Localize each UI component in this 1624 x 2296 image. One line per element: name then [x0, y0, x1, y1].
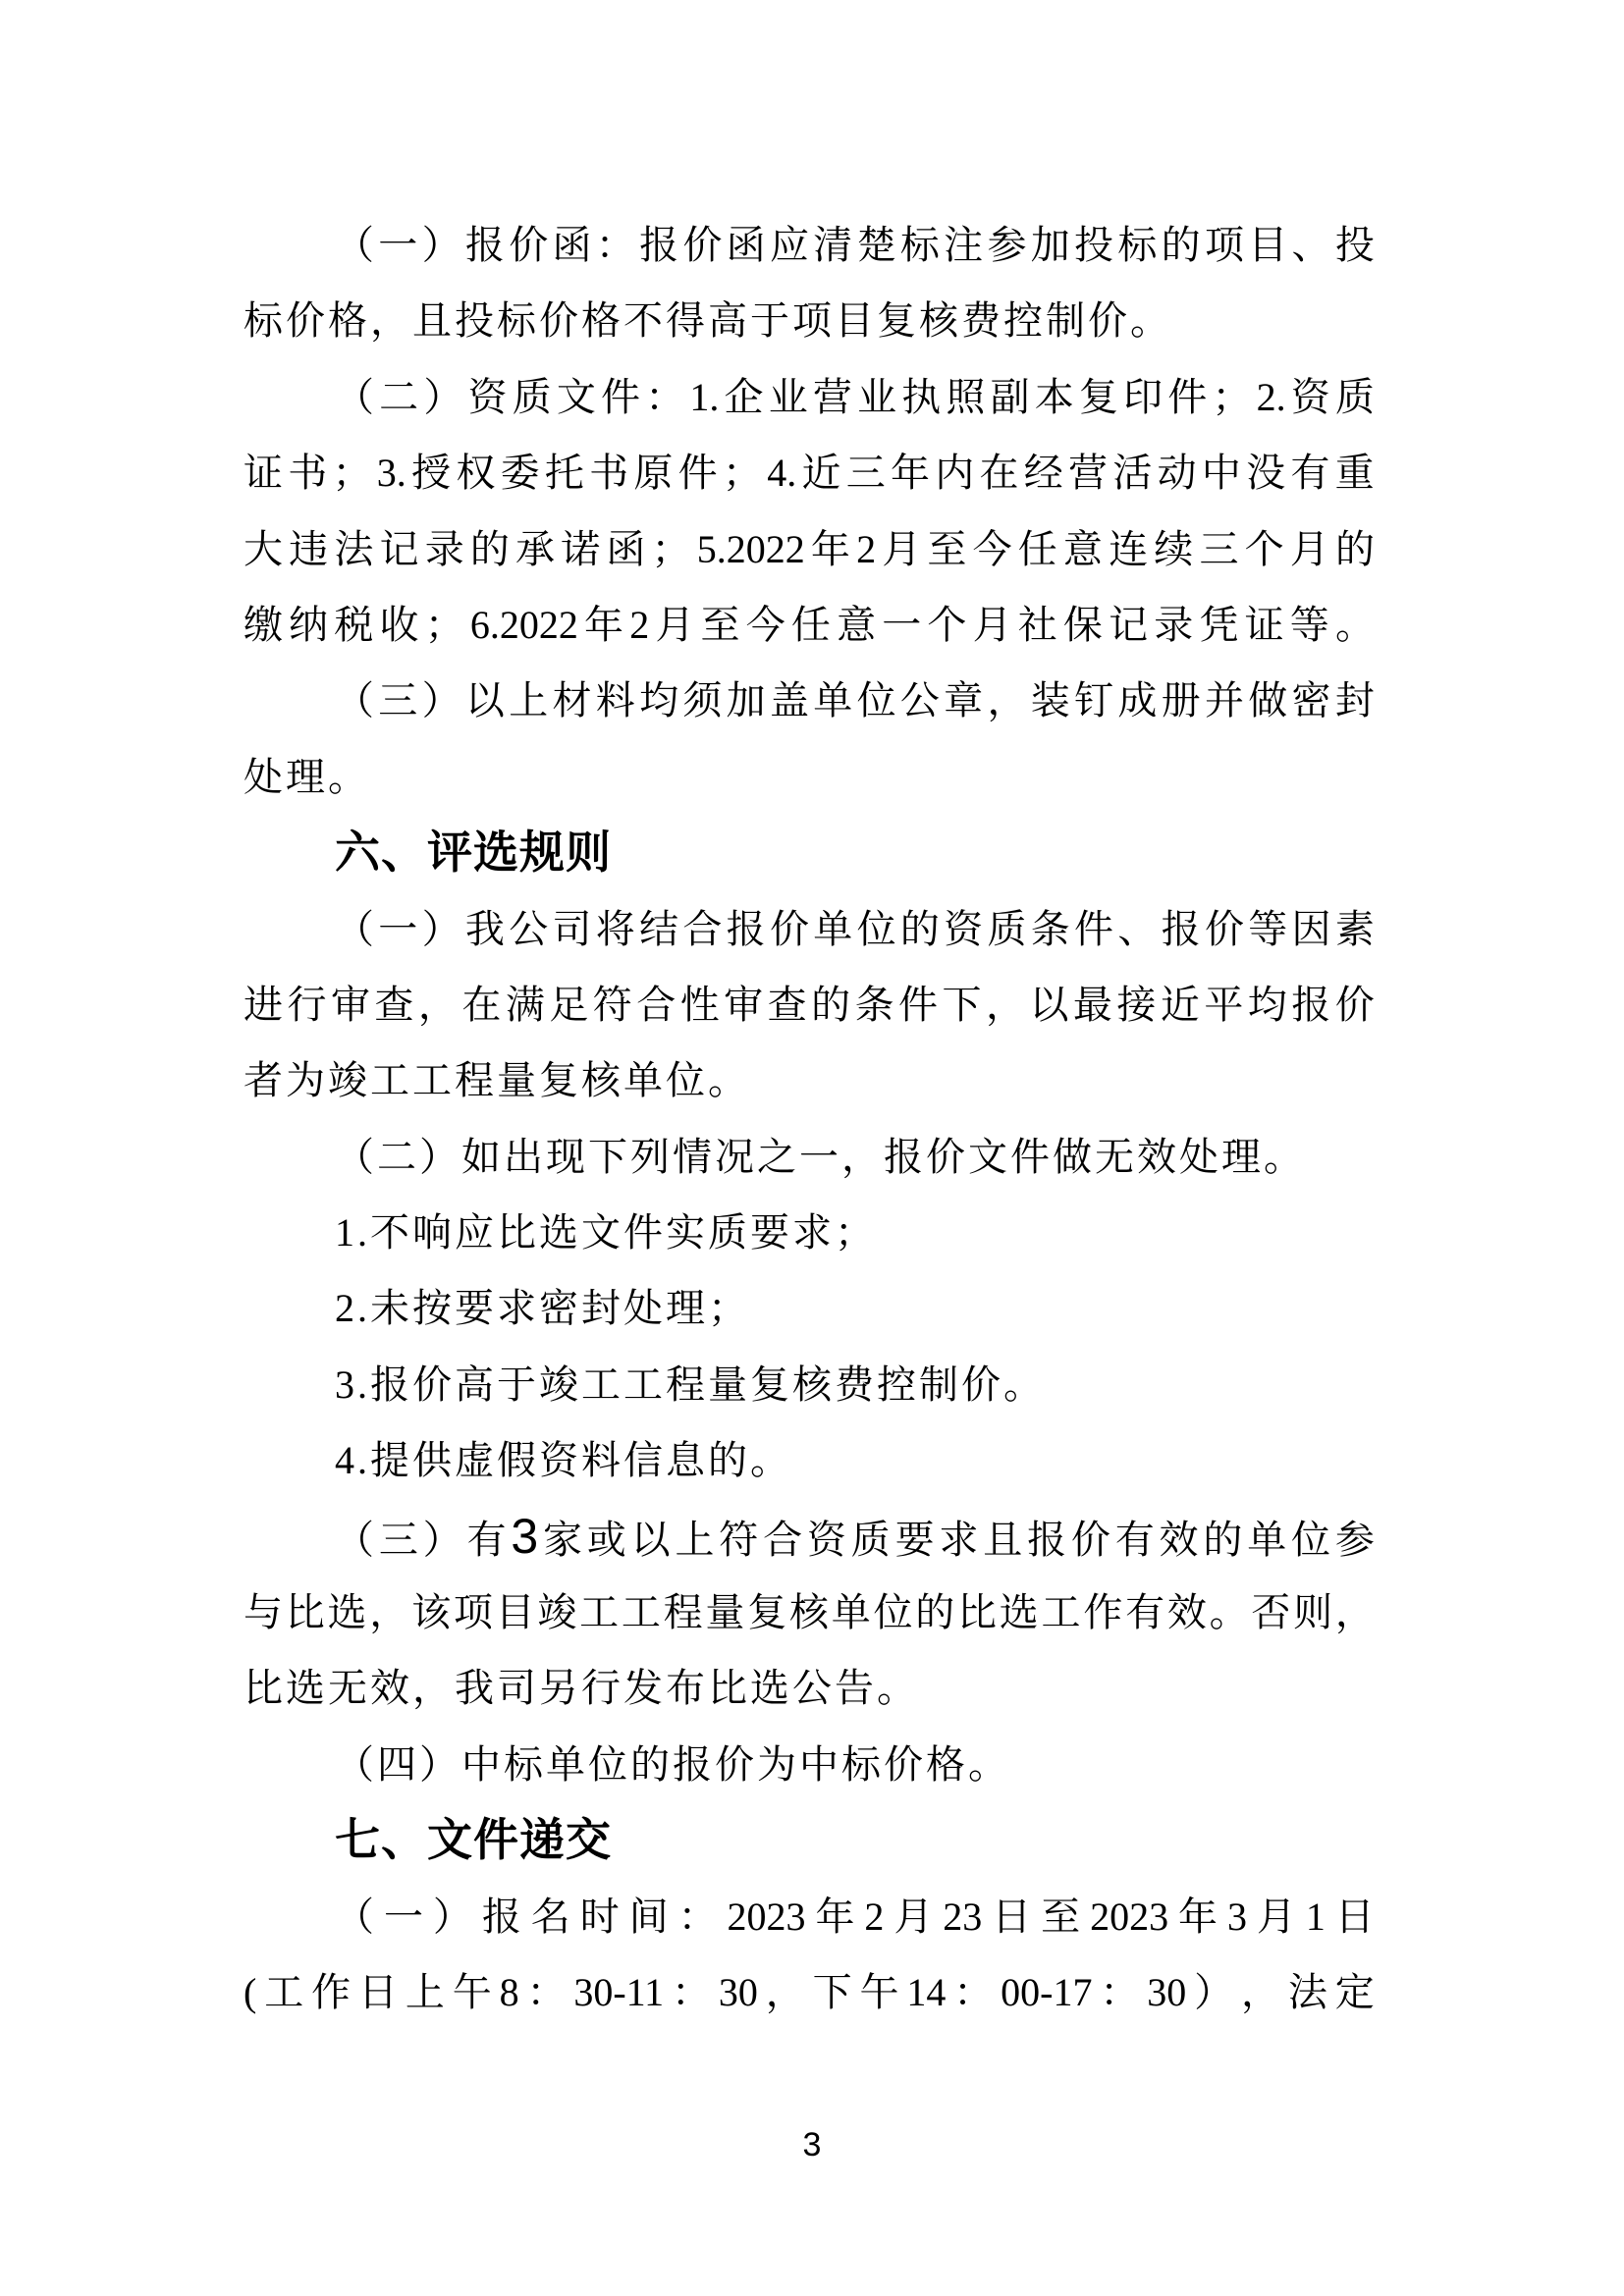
text-glyph: 章 — [944, 663, 983, 738]
text-glyph: 复 — [747, 1575, 786, 1650]
text-glyph: 2 — [864, 1879, 884, 1954]
text-glyph: ） — [423, 359, 462, 435]
text-glyph: 程 — [664, 1575, 703, 1650]
text-glyph: 收 — [380, 587, 419, 663]
text-glyph: 标 — [900, 207, 940, 283]
text-glyph: 3 — [1227, 1879, 1247, 1954]
text-glyph: 核 — [789, 1575, 829, 1650]
text-glyph: 在 — [461, 967, 501, 1042]
text-glyph: 以 — [631, 1502, 671, 1577]
text-glyph: ， — [1241, 1954, 1280, 2030]
text-line: 4.提供虚假资料信息的。 — [244, 1422, 1375, 1498]
text-glyph: 工 — [622, 1575, 661, 1650]
text-glyph: ） — [433, 1879, 472, 1954]
text-glyph: 年 — [584, 587, 623, 663]
text-glyph: 月 — [655, 587, 694, 663]
text-line: （一）报价函：报价函应清楚标注参加投标的项目、投 — [244, 207, 1375, 283]
text-glyph: 竣 — [537, 1575, 576, 1650]
text-glyph: 税 — [334, 587, 373, 663]
text-glyph: 价 — [1205, 891, 1244, 967]
text-glyph: 的 — [900, 891, 940, 967]
text-glyph: 活 — [1112, 435, 1152, 510]
text-glyph: 2. — [1257, 359, 1286, 435]
text-glyph: ： — [672, 1954, 711, 2030]
text-glyph: 有 — [466, 1502, 506, 1577]
text-glyph: 报 — [482, 1879, 521, 1954]
text-glyph: 装 — [1031, 663, 1070, 738]
text-glyph: 近 — [1161, 967, 1200, 1042]
text-glyph: 价 — [509, 207, 548, 283]
text-glyph: 3. — [377, 435, 406, 510]
text-glyph: 加 — [727, 663, 766, 738]
text-glyph: 单 — [813, 663, 852, 738]
text-glyph: 一 — [378, 891, 417, 967]
text-glyph: 等 — [1290, 587, 1329, 663]
page-number: 3 — [803, 2126, 822, 2163]
text-glyph: 授 — [411, 435, 451, 510]
text-glyph: ： — [1100, 1954, 1139, 2030]
text-glyph: 单 — [1247, 1502, 1286, 1577]
text-glyph: 比 — [957, 1575, 997, 1650]
text-glyph: 项 — [454, 1575, 493, 1650]
text-line: （四）中标单位的报价为中标价格。 — [244, 1727, 1375, 1802]
text-glyph: 年 — [891, 435, 930, 510]
text-glyph: 材 — [552, 663, 591, 738]
section-heading: 七、文件递交 — [244, 1802, 1375, 1878]
text-line: （一）我公司将结合报价单位的资质条件、报价等因素 — [244, 891, 1375, 967]
text-glyph: 2 — [856, 511, 876, 587]
text-glyph: 午 — [860, 1954, 899, 2030]
text-glyph: 托 — [545, 435, 584, 510]
text-glyph: 审 — [724, 967, 763, 1042]
text-glyph: 工 — [1042, 1575, 1081, 1650]
text-glyph: 企 — [725, 359, 764, 435]
text-glyph: 因 — [1292, 891, 1331, 967]
text-glyph: 凭 — [1199, 587, 1238, 663]
text-glyph: 报 — [727, 891, 766, 967]
text-line: 进行审查，在满足符合性审查的条件下，以最接近平均报价 — [244, 967, 1375, 1042]
text-glyph: 标 — [1117, 207, 1157, 283]
text-glyph: 社 — [1018, 587, 1057, 663]
text-glyph: ： — [645, 359, 684, 435]
text-glyph: 名 — [531, 1879, 570, 1954]
text-glyph: 满 — [506, 967, 545, 1042]
text-glyph: 位 — [1291, 1502, 1330, 1577]
text-glyph: 价 — [770, 891, 809, 967]
text-glyph: 意 — [1063, 511, 1103, 587]
text-glyph: 日 — [992, 1879, 1031, 1954]
text-glyph: 有 — [1290, 435, 1329, 510]
text-glyph: 大 — [244, 511, 283, 587]
text-glyph: 资 — [1291, 359, 1330, 435]
text-glyph: 的 — [915, 1575, 954, 1650]
text-glyph: 违 — [289, 511, 328, 587]
text-glyph: 楚 — [857, 207, 896, 283]
text-glyph: ； — [1212, 359, 1251, 435]
text-glyph: 条 — [855, 967, 894, 1042]
text-glyph: 且 — [983, 1502, 1022, 1577]
text-glyph: 上 — [509, 663, 548, 738]
text-line: （二）资质文件：1.企业营业执照副本复印件；2.资质 — [244, 359, 1375, 435]
text-glyph: 上 — [675, 1502, 714, 1577]
text-glyph: 工 — [264, 1954, 303, 2030]
text-line: 者为竣工工程量复核单位。 — [244, 1042, 1375, 1118]
text-glyph: 资 — [468, 359, 508, 435]
text-line: 缴纳税收；6.2022年2月至今任意一个月社保记录凭证等。 — [244, 587, 1375, 663]
text-glyph: 质 — [1335, 359, 1375, 435]
text-glyph: 业 — [857, 359, 896, 435]
text-glyph: 年 — [1178, 1879, 1218, 1954]
text-glyph: 条 — [1031, 891, 1070, 967]
text-glyph: 密 — [1292, 663, 1331, 738]
text-glyph: 的 — [811, 967, 850, 1042]
text-glyph: 函 — [552, 207, 591, 283]
text-glyph: 内 — [935, 435, 974, 510]
text-glyph: ： — [526, 1954, 566, 2030]
text-glyph: 纳 — [289, 587, 328, 663]
text-glyph: 月 — [1290, 511, 1329, 587]
text-glyph: 营 — [813, 359, 852, 435]
text-glyph: 选 — [328, 1575, 367, 1650]
text-glyph: 记 — [1109, 587, 1148, 663]
text-glyph: 资 — [807, 1502, 846, 1577]
text-glyph: 时 — [580, 1879, 620, 1954]
text-glyph: 承 — [515, 511, 555, 587]
text-glyph: 加 — [1031, 207, 1070, 283]
text-glyph: （ — [335, 891, 374, 967]
text-glyph: 。 — [1335, 587, 1375, 663]
text-glyph: 料 — [596, 663, 635, 738]
text-glyph: 二 — [379, 359, 418, 435]
text-glyph: 作 — [311, 1954, 351, 2030]
text-glyph: 成 — [1117, 663, 1157, 738]
text-glyph: 最 — [1073, 967, 1112, 1042]
text-glyph: 接 — [1116, 967, 1156, 1042]
text-glyph: 证 — [1245, 587, 1284, 663]
text-glyph: 件 — [1074, 891, 1113, 967]
text-glyph: 业 — [769, 359, 808, 435]
text-glyph: 选 — [1000, 1575, 1039, 1650]
text-glyph: 该 — [411, 1575, 451, 1650]
text-glyph: 执 — [901, 359, 941, 435]
text-glyph: 单 — [832, 1575, 871, 1650]
text-glyph: 动 — [1158, 435, 1197, 510]
text-glyph: 营 — [1068, 435, 1108, 510]
text-glyph: 注 — [944, 207, 983, 283]
text-glyph: 一 — [384, 1879, 423, 1954]
text-glyph: 的 — [1203, 1502, 1242, 1577]
text-glyph: 册 — [1162, 663, 1201, 738]
text-glyph: 目 — [496, 1575, 535, 1650]
text-glyph: 做 — [1248, 663, 1287, 738]
text-glyph: 比 — [286, 1575, 325, 1650]
text-glyph: 印 — [1123, 359, 1163, 435]
text-glyph: 或 — [587, 1502, 626, 1577]
text-glyph: 记 — [380, 511, 419, 587]
text-glyph: 报 — [1027, 1502, 1066, 1577]
text-glyph: 保 — [1063, 587, 1103, 663]
text-glyph: 2023 — [728, 1879, 806, 1954]
text-glyph: 在 — [980, 435, 1019, 510]
text-glyph: 位 — [857, 663, 896, 738]
text-glyph: 的 — [470, 511, 510, 587]
text-glyph: 有 — [1115, 1502, 1155, 1577]
text-glyph: 连 — [1109, 511, 1148, 587]
text-glyph: 3 — [511, 1499, 538, 1575]
text-glyph: 等 — [1248, 891, 1287, 967]
text-glyph: 进 — [244, 967, 283, 1042]
text-glyph: 上 — [406, 1954, 445, 2030]
text-glyph: 三 — [378, 663, 417, 738]
text-line: 大违法记录的承诺函；5.2022年2月至今任意连续三个月的 — [244, 511, 1375, 587]
text-glyph: ， — [1335, 1575, 1375, 1650]
text-glyph: 、 — [1117, 891, 1157, 967]
text-glyph: 合 — [636, 967, 676, 1042]
text-glyph: 结 — [639, 891, 678, 967]
text-glyph: 查 — [768, 967, 807, 1042]
text-glyph: 书 — [589, 435, 628, 510]
text-glyph: 报 — [465, 207, 505, 283]
text-glyph: ， — [369, 1575, 408, 1650]
text-glyph: 效 — [1160, 1502, 1199, 1577]
text-glyph: 项 — [1205, 207, 1244, 283]
text-glyph: 件 — [601, 359, 640, 435]
text-glyph: 权 — [456, 435, 495, 510]
text-glyph: 年 — [811, 511, 850, 587]
text-glyph: 下 — [943, 967, 982, 1042]
text-glyph: 30 — [1147, 1954, 1186, 2030]
text-glyph: ； — [723, 435, 762, 510]
text-glyph: ） — [423, 1502, 462, 1577]
text-line: 1.不响应比选文件实质要求； — [244, 1195, 1375, 1270]
text-glyph: 位 — [873, 1575, 912, 1650]
text-glyph: （ — [335, 207, 374, 283]
text-glyph: 我 — [465, 891, 505, 967]
text-glyph: 个 — [927, 587, 966, 663]
text-glyph: 书 — [288, 435, 327, 510]
text-glyph: 至 — [701, 587, 740, 663]
section-heading: 六、评选规则 — [244, 815, 1375, 890]
text-glyph: 资 — [944, 891, 983, 967]
text-glyph: 报 — [639, 207, 678, 283]
text-glyph: ， — [987, 663, 1026, 738]
text-glyph: 证 — [244, 435, 283, 510]
text-glyph: 素 — [1335, 891, 1375, 967]
text-glyph: 月 — [882, 511, 921, 587]
text-glyph: 今 — [973, 511, 1012, 587]
text-glyph: 报 — [1291, 967, 1330, 1042]
text-glyph: ） — [1194, 1954, 1233, 2030]
page-footer: 3 — [0, 2123, 1624, 2166]
text-glyph: 质 — [851, 1502, 891, 1577]
text-glyph: 意 — [837, 587, 876, 663]
text-glyph: 钉 — [1074, 663, 1113, 738]
text-glyph: 的 — [1335, 511, 1375, 587]
text-glyph: 目 — [1248, 207, 1287, 283]
text-line: 标价格，且投标价格不得高于项目复核费控制价。 — [244, 283, 1375, 358]
text-glyph: 至 — [1041, 1879, 1080, 1954]
text-glyph: 一 — [378, 207, 417, 283]
text-glyph: 合 — [682, 891, 722, 967]
text-glyph: 将 — [596, 891, 635, 967]
text-glyph: 的 — [1162, 207, 1201, 283]
text-glyph: 查 — [374, 967, 413, 1042]
text-glyph: 30 — [719, 1954, 758, 2030]
text-glyph: 23 — [943, 1879, 982, 1954]
text-glyph: 间 — [629, 1879, 669, 1954]
text-glyph: ， — [418, 967, 458, 1042]
text-glyph: 符 — [593, 967, 632, 1042]
text-glyph: 日 — [358, 1954, 398, 2030]
text-line: 比选无效，我司另行发布比选公告。 — [244, 1650, 1375, 1726]
text-glyph: 则 — [1293, 1575, 1332, 1650]
text-glyph: 续 — [1154, 511, 1193, 587]
text-glyph: 封 — [1335, 663, 1375, 738]
text-glyph: 位 — [857, 891, 896, 967]
text-glyph: 工 — [579, 1575, 619, 1650]
text-glyph: 14 — [906, 1954, 946, 2030]
text-glyph: 家 — [543, 1502, 582, 1577]
text-glyph: 清 — [813, 207, 852, 283]
text-glyph: 足 — [549, 967, 588, 1042]
text-glyph: 三 — [846, 435, 886, 510]
text-glyph: 2023 — [1090, 1879, 1168, 1954]
text-line: 2.未按要求密封处理； — [244, 1270, 1375, 1346]
text-glyph: 定 — [1335, 1954, 1375, 2030]
text-glyph: 函 — [606, 511, 645, 587]
text-glyph: 质 — [513, 359, 552, 435]
text-glyph: 原 — [633, 435, 673, 510]
text-line: （二）如出现下列情况之一，报价文件做无效处理。 — [244, 1119, 1375, 1195]
text-glyph: 月 — [973, 587, 1012, 663]
text-glyph: 参 — [987, 207, 1026, 283]
text-glyph: 月 — [1257, 1879, 1296, 1954]
text-glyph: 30-11 — [573, 1954, 664, 2030]
text-glyph: 近 — [801, 435, 840, 510]
text-glyph: 价 — [682, 207, 722, 283]
text-glyph: 缴 — [244, 587, 283, 663]
text-glyph: 三 — [379, 1502, 418, 1577]
text-glyph: 质 — [987, 891, 1026, 967]
text-glyph: 录 — [1154, 587, 1193, 663]
text-glyph: 8 — [500, 1954, 519, 2030]
text-glyph: （ — [335, 1502, 374, 1577]
text-glyph: ； — [333, 435, 372, 510]
text-glyph: 件 — [1167, 359, 1207, 435]
text-glyph: （ — [335, 1879, 374, 1954]
text-glyph: ， — [766, 1954, 805, 2030]
text-glyph: 价 — [1335, 967, 1375, 1042]
text-glyph: 月 — [893, 1879, 933, 1954]
text-glyph: ： — [953, 1954, 993, 2030]
text-glyph: 一 — [882, 587, 921, 663]
text-glyph: 以 — [1029, 967, 1068, 1042]
text-glyph: ； — [425, 587, 464, 663]
text-glyph: 录 — [425, 511, 464, 587]
text-glyph: 委 — [501, 435, 540, 510]
text-glyph: 均 — [1248, 967, 1287, 1042]
text-glyph: 有 — [1125, 1575, 1164, 1650]
text-glyph: 并 — [1205, 663, 1244, 738]
text-glyph: 司 — [552, 891, 591, 967]
text-glyph: ： — [678, 1879, 718, 1954]
text-glyph: 符 — [719, 1502, 758, 1577]
text-glyph: 法 — [1288, 1954, 1327, 2030]
text-glyph: 否 — [1251, 1575, 1290, 1650]
text-glyph: 文 — [557, 359, 596, 435]
text-glyph: 与 — [244, 1575, 283, 1650]
text-glyph: 公 — [509, 891, 548, 967]
text-glyph: ） — [422, 663, 461, 738]
text-glyph: （ — [335, 663, 374, 738]
text-glyph: 参 — [1335, 1502, 1375, 1577]
text-line: 证书；3.授权委托书原件；4.近三年内在经营活动中没有重 — [244, 435, 1375, 510]
text-glyph: 任 — [791, 587, 831, 663]
text-glyph: 日 — [1335, 1879, 1375, 1954]
text-glyph: ） — [422, 207, 461, 283]
text-glyph: ( — [244, 1954, 256, 2030]
text-glyph: 行 — [287, 967, 326, 1042]
text-glyph: 00-17 — [1001, 1954, 1092, 2030]
text-glyph: 均 — [639, 663, 678, 738]
text-glyph: 公 — [900, 663, 940, 738]
text-glyph: 投 — [1074, 207, 1113, 283]
text-glyph: 合 — [763, 1502, 802, 1577]
text-glyph: 、 — [1292, 207, 1331, 283]
document-page: （一）报价函：报价函应清楚标注参加投标的项目、投 标价格，且投标价格不得高于项目… — [0, 0, 1624, 2296]
text-glyph: 任 — [1018, 511, 1057, 587]
text-line: 3.报价高于竣工工程量复核费控制价。 — [244, 1347, 1375, 1422]
text-glyph: ： — [596, 207, 635, 283]
text-glyph: 平 — [1204, 967, 1243, 1042]
text-glyph: 4. — [767, 435, 796, 510]
text-glyph: 6.2022 — [470, 587, 578, 663]
text-line: （一）报名时间：2023年2月23日至2023年3月1日 — [244, 1879, 1375, 1954]
text-glyph: 应 — [770, 207, 809, 283]
text-glyph: 效 — [1167, 1575, 1207, 1650]
text-glyph: 。 — [1210, 1575, 1249, 1650]
text-glyph: 盖 — [770, 663, 809, 738]
text-glyph: 经 — [1024, 435, 1063, 510]
text-glyph: 件 — [898, 967, 938, 1042]
text-glyph: （ — [335, 359, 374, 435]
text-glyph: 照 — [946, 359, 985, 435]
text-glyph: 须 — [682, 663, 722, 738]
text-glyph: 本 — [1035, 359, 1074, 435]
text-glyph: 要 — [895, 1502, 935, 1577]
text-glyph: 重 — [1335, 435, 1375, 510]
text-line: 与比选，该项目竣工工程量复核单位的比选工作有效。否则， — [244, 1575, 1375, 1650]
text-glyph: 至 — [927, 511, 966, 587]
text-glyph: 1 — [1306, 1879, 1326, 1954]
text-glyph: 投 — [1335, 207, 1375, 283]
text-glyph: 没 — [1246, 435, 1285, 510]
text-glyph: 5.2022 — [697, 511, 805, 587]
text-line: 处理。 — [244, 739, 1375, 815]
text-glyph: 复 — [1079, 359, 1118, 435]
text-glyph: 报 — [1162, 891, 1201, 967]
text-glyph: 下 — [813, 1954, 852, 2030]
text-glyph: 函 — [727, 207, 766, 283]
text-glyph: 副 — [991, 359, 1030, 435]
text-glyph: 今 — [746, 587, 785, 663]
document-body: （一）报价函：报价函应清楚标注参加投标的项目、投 标价格，且投标价格不得高于项目… — [244, 207, 1375, 2030]
text-glyph: 求 — [939, 1502, 978, 1577]
text-glyph: 中 — [1202, 435, 1241, 510]
text-glyph: 午 — [453, 1954, 492, 2030]
text-glyph: ， — [986, 967, 1025, 1042]
text-glyph: 价 — [1071, 1502, 1110, 1577]
